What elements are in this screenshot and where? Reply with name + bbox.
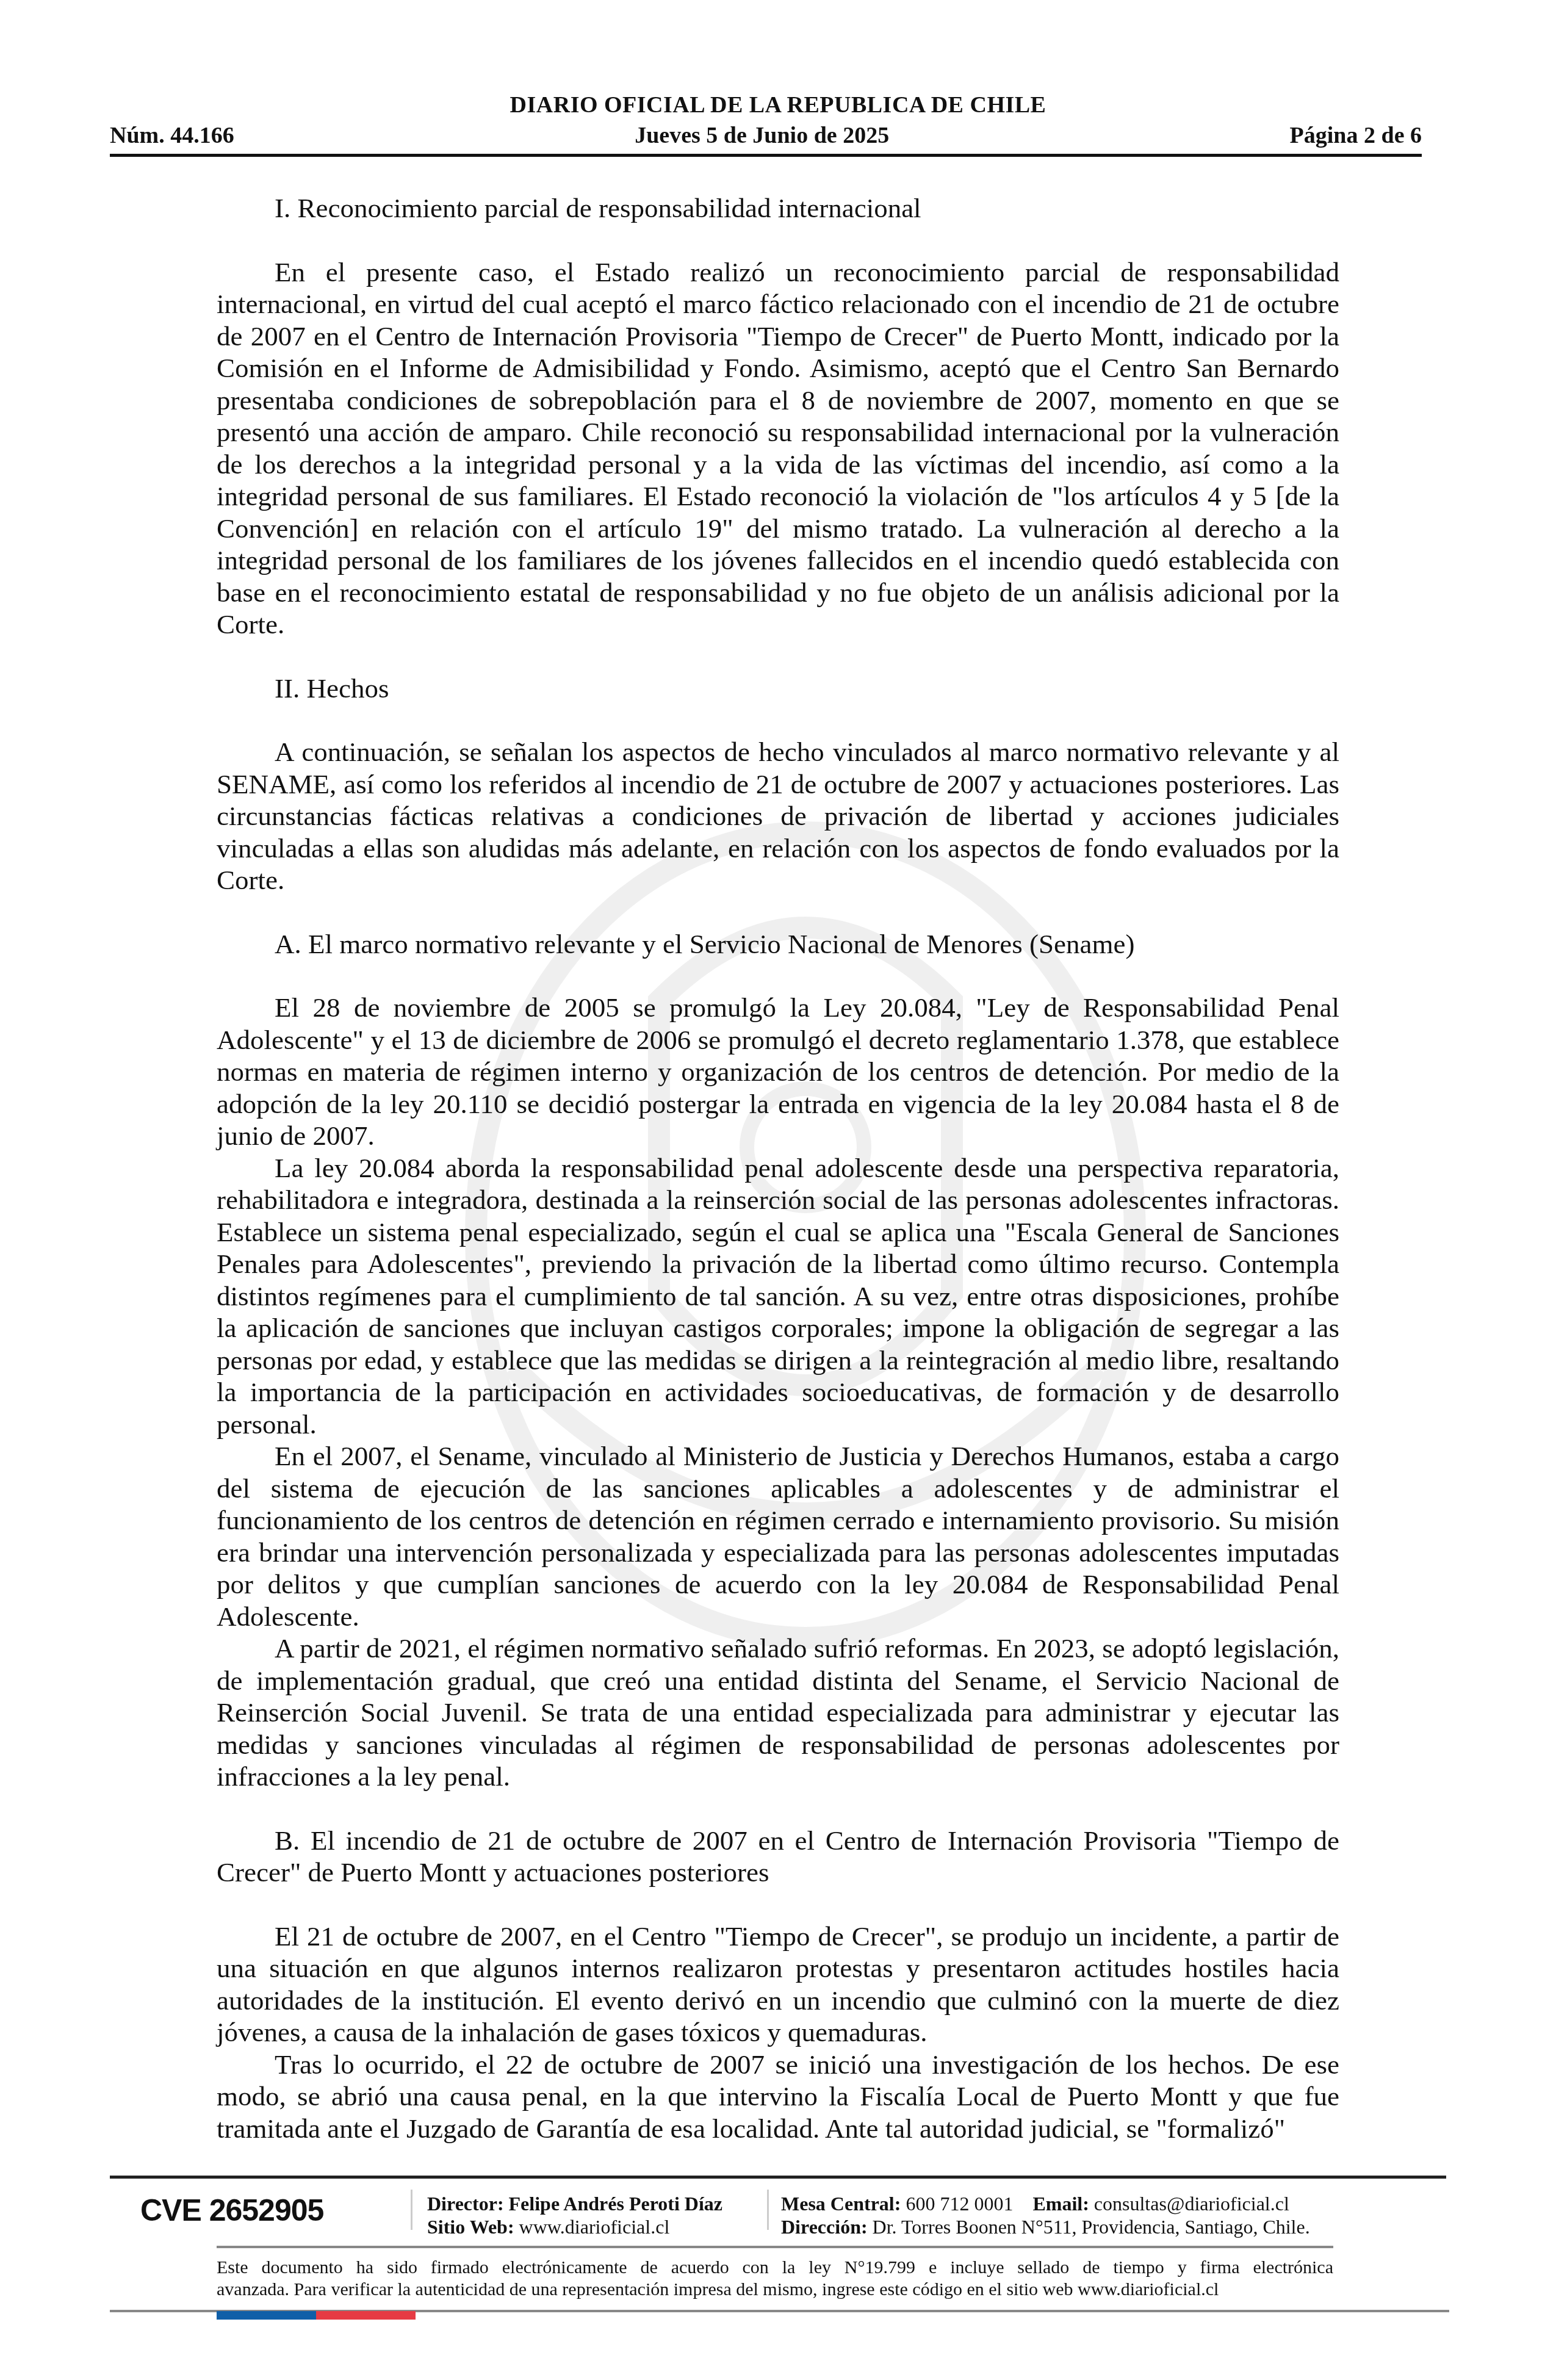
paragraph: A continuación, se señalan los aspectos … — [217, 736, 1339, 896]
website-link[interactable]: www.diarioficial.cl — [519, 2216, 670, 2238]
page-indicator: Página 2 de 6 — [1290, 122, 1422, 149]
flag-stripe-blue — [217, 2311, 316, 2320]
paragraph: A partir de 2021, el régimen normativo s… — [217, 1632, 1339, 1793]
paragraph: En el 2007, el Sename, vinculado al Mini… — [217, 1440, 1339, 1632]
address-label: Dirección: — [781, 2216, 868, 2238]
phone-number: 600 712 0001 — [906, 2193, 1013, 2215]
flag-stripe-red — [316, 2311, 416, 2320]
legal-line-1: Este documento ha sido firmado electróni… — [217, 2257, 1333, 2279]
issue-number: Núm. 44.166 — [110, 122, 234, 149]
paragraph: El 21 de octubre de 2007, en el Centro "… — [217, 1920, 1339, 2049]
footer-director-block: Director: Felipe Andrés Peroti Díaz Siti… — [427, 2192, 722, 2238]
publication-title: DIARIO OFICIAL DE LA REPUBLICA DE CHILE — [0, 92, 1556, 118]
section-heading: I. Reconocimiento parcial de responsabil… — [217, 192, 1339, 225]
director-name: Felipe Andrés Peroti Díaz — [509, 2193, 722, 2215]
paragraph: Tras lo ocurrido, el 22 de octubre de 20… — [217, 2049, 1339, 2145]
footer-divider — [110, 2176, 1446, 2179]
publication-date: Jueves 5 de Junio de 2025 — [635, 122, 889, 149]
cve-code: CVE 2652905 — [140, 2193, 323, 2228]
footer-inner-divider — [217, 2246, 1333, 2248]
phone-label: Mesa Central: — [781, 2193, 901, 2215]
subsection-heading: A. El marco normativo relevante y el Ser… — [217, 928, 1339, 961]
footer-separator — [411, 2190, 412, 2230]
document-body: I. Reconocimiento parcial de responsabil… — [217, 192, 1339, 2144]
paragraph: El 28 de noviembre de 2005 se promulgó l… — [217, 992, 1339, 1152]
header-row: Núm. 44.166 Jueves 5 de Junio de 2025 Pá… — [110, 122, 1422, 149]
address: Dr. Torres Boonen N°511, Providencia, Sa… — [873, 2216, 1310, 2238]
paragraph: En el presente caso, el Estado realizó u… — [217, 256, 1339, 641]
email-label: Email: — [1032, 2193, 1089, 2215]
legal-line-2: avanzada. Para verificar la autenticidad… — [217, 2279, 1333, 2301]
header-divider — [110, 154, 1422, 157]
director-label: Director: — [427, 2193, 504, 2215]
website-label: Sitio Web: — [427, 2216, 514, 2238]
footer-contact-block: Mesa Central: 600 712 0001 Email: consul… — [781, 2192, 1310, 2238]
email-link[interactable]: consultas@diarioficial.cl — [1094, 2193, 1289, 2215]
footer-separator — [767, 2190, 769, 2230]
paragraph: La ley 20.084 aborda la responsabilidad … — [217, 1152, 1339, 1441]
subsection-heading: B. El incendio de 21 de octubre de 2007 … — [217, 1825, 1339, 1889]
legal-notice: Este documento ha sido firmado electróni… — [217, 2257, 1333, 2301]
section-heading: II. Hechos — [217, 673, 1339, 705]
